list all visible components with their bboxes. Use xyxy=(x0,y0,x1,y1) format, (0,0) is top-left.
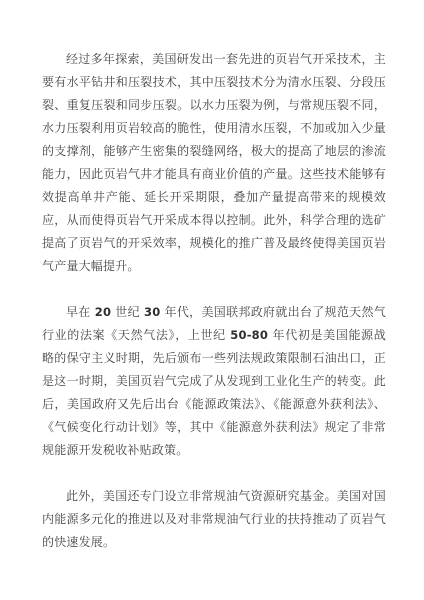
document-page: 经过多年探索，美国研发出一套先进的页岩气开采技术，主要有水平钻井和压裂技术，其中… xyxy=(0,0,424,600)
bold-number-run: 50-80 xyxy=(230,328,268,342)
bold-number-run: 20 xyxy=(95,305,111,319)
paragraph-us-energy-policy: 早在 20 世纪 30 年代，美国联邦政府就出台了规范天然气行业的法案《天然气法… xyxy=(42,301,386,462)
bold-number-run: 30 xyxy=(144,305,160,319)
text-run: 此外，美国还专门设立非常规油气资源研究基金。美国对国内能源多元化的推进以及对非常… xyxy=(42,489,386,549)
text-run: 早在 xyxy=(66,305,95,319)
text-run: 经过多年探索，美国研发出一套先进的页岩气开采技术，主要有水平钻井和压裂技术，其中… xyxy=(42,52,386,273)
text-run: 年代初是美国能源战略的保守主义时期，先后颁布一些列法规政策限制石油出口，正是这一… xyxy=(42,328,386,457)
paragraph-research-fund: 此外，美国还专门设立非常规油气资源研究基金。美国对国内能源多元化的推进以及对非常… xyxy=(42,485,386,554)
text-run: 世纪 xyxy=(111,305,144,319)
document-body: 经过多年探索，美国研发出一套先进的页岩气开采技术，主要有水平钻井和压裂技术，其中… xyxy=(42,48,386,577)
paragraph-shale-gas-technology: 经过多年探索，美国研发出一套先进的页岩气开采技术，主要有水平钻井和压裂技术，其中… xyxy=(42,48,386,278)
